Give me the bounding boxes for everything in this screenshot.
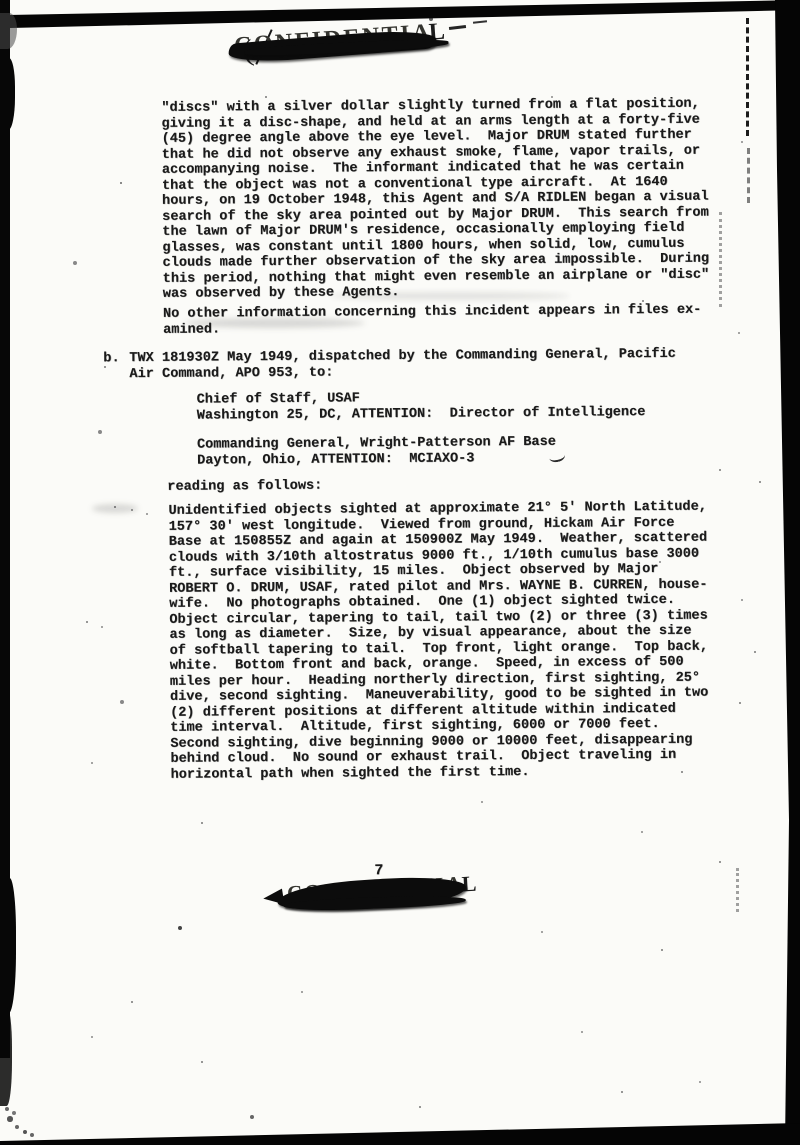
scan-edge-left-bump xyxy=(0,878,16,1013)
scan-line-artifact xyxy=(736,868,739,912)
scanned-document-page: "discs" with a silver dollar slightly tu… xyxy=(0,0,800,1145)
scan-line-artifact xyxy=(719,212,722,307)
addressee-commanding-general: Commanding General, Wright-Patterson AF … xyxy=(197,435,556,469)
scan-edge-left-bump xyxy=(0,58,15,130)
typed-text-layer: "discs" with a silver dollar slightly tu… xyxy=(0,0,800,1145)
scan-line-artifact xyxy=(747,148,750,203)
stamp-scribble-tail xyxy=(262,889,284,908)
incident-narrative-paragraph: "discs" with a silver dollar slightly tu… xyxy=(161,97,709,303)
smudge-mark xyxy=(92,504,138,513)
smudge-mark xyxy=(185,318,365,328)
item-b-label: b. xyxy=(103,351,119,367)
smudge-mark xyxy=(330,292,570,300)
addressee-chief-of-staff: Chief of Staff, USAF Washington 25, DC, … xyxy=(197,389,646,424)
item-b-heading: TWX 181930Z May 1949, dispatched by the … xyxy=(129,347,676,382)
scan-line-artifact xyxy=(746,18,749,136)
reading-as-follows-line: reading as follows: xyxy=(167,479,322,496)
twx-message-paragraph: Unidentified objects sighted at approxim… xyxy=(168,500,709,783)
scan-edge-left-bump xyxy=(0,1008,12,1106)
